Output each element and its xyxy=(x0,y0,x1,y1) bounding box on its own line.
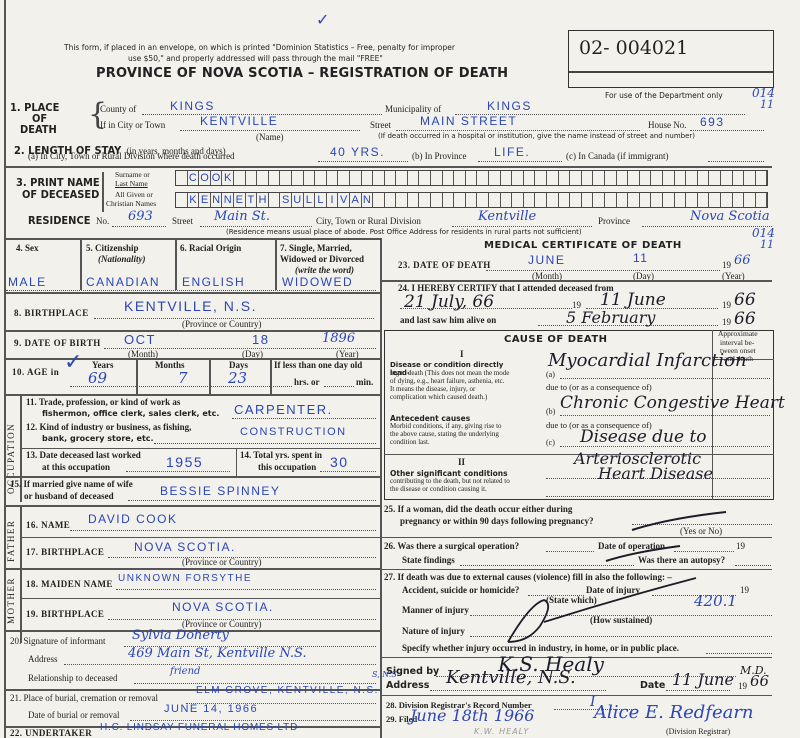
given-label-2: Christian Names xyxy=(106,199,156,208)
informant-address-line xyxy=(64,664,376,665)
cause-b-value[interactable]: Chronic Congestive Heart xyxy=(560,393,785,413)
char-box xyxy=(234,171,246,185)
char-box xyxy=(756,171,768,185)
cause-c-label: (c) xyxy=(546,438,555,447)
char-box xyxy=(675,171,687,185)
char-box xyxy=(176,171,188,185)
char-box xyxy=(698,171,710,185)
char-box xyxy=(721,171,733,185)
specify-line xyxy=(706,653,772,654)
findings-line xyxy=(460,565,634,566)
char-box xyxy=(362,171,374,185)
char-box xyxy=(176,193,188,207)
q26-year-prefix: 19 xyxy=(736,541,745,551)
informant-address-label: Address xyxy=(28,654,58,664)
sex-value[interactable]: MALE xyxy=(8,275,47,289)
char-box xyxy=(292,171,304,185)
char-box xyxy=(315,171,327,185)
char-box xyxy=(246,171,258,185)
manner-label: Manner of injury xyxy=(402,605,469,615)
char-box: L xyxy=(304,193,316,207)
divider xyxy=(4,476,380,478)
char-box xyxy=(477,171,489,185)
citizenship-label: 5. Citizenship xyxy=(86,243,139,253)
age-label: 10. AGE in xyxy=(12,367,59,377)
relationship-label: Relationship to deceased xyxy=(28,673,117,683)
age-line xyxy=(70,386,292,387)
birthplace-label: 8. BIRTHPLACE xyxy=(14,308,89,318)
house-no-line xyxy=(690,130,764,131)
char-box xyxy=(443,171,455,185)
char-box: I xyxy=(327,193,339,207)
burial-place-label: 21. Place of burial, cremation or remova… xyxy=(10,693,158,703)
dept-only-note: For use of the Department only xyxy=(605,91,723,100)
marital-label-2: Widowed or Divorced xyxy=(280,254,364,264)
divider xyxy=(4,292,380,294)
char-box xyxy=(269,193,281,207)
char-box xyxy=(512,171,524,185)
char-box xyxy=(512,193,524,207)
total-years-value[interactable]: 30 xyxy=(330,454,349,470)
divider xyxy=(175,238,177,290)
marital-label-3: (write the word) xyxy=(295,265,354,275)
sign-date[interactable]: 11 June xyxy=(672,670,734,689)
char-box xyxy=(605,171,617,185)
char-box xyxy=(257,171,269,185)
cause-a-label: (a) xyxy=(546,370,555,379)
char-box xyxy=(744,171,756,185)
mother-birthplace-label: 19. BIRTHPLACE xyxy=(26,609,104,619)
total-years-label-2: this occupation xyxy=(258,462,316,472)
antecedent-desc: Morbid conditions, if any, giving rise t… xyxy=(390,422,510,446)
father-birthplace-label: 17. BIRTHPLACE xyxy=(26,547,104,557)
char-box xyxy=(535,193,547,207)
hrs-label: hrs. or xyxy=(294,377,320,387)
father-name-value[interactable]: DAVID COOK xyxy=(88,512,177,526)
char-box xyxy=(280,171,292,185)
residence-city-label: City, Town or Rural Division xyxy=(316,216,421,226)
date-of-death-label: 23. DATE OF DEATH xyxy=(398,260,491,270)
char-box: A xyxy=(350,193,362,207)
char-box xyxy=(477,193,489,207)
cause-a-line xyxy=(560,378,770,379)
char-box xyxy=(396,171,408,185)
char-box xyxy=(385,171,397,185)
part-two-label: II xyxy=(458,457,465,467)
char-box: E xyxy=(234,193,246,207)
maiden-name-value[interactable]: UNKNOWN FORSYTHE xyxy=(118,573,252,584)
maiden-name-label: 18. MAIDEN NAME xyxy=(26,579,113,589)
char-box xyxy=(570,193,582,207)
dod-year-prefix: 19 xyxy=(722,260,731,270)
char-box: E xyxy=(199,193,211,207)
county-value[interactable]: KINGS xyxy=(170,99,215,113)
q27-year-prefix: 19 xyxy=(740,585,749,595)
char-box: H xyxy=(257,193,269,207)
last-worked-line xyxy=(126,471,230,472)
char-box xyxy=(628,171,640,185)
burial-date-value[interactable]: JUNE 14, 1966 xyxy=(164,703,258,715)
char-box: K xyxy=(222,171,234,185)
char-box xyxy=(547,193,559,207)
age-years[interactable]: 69 xyxy=(88,369,107,387)
racial-label: 6. Racial Origin xyxy=(180,243,241,253)
county-label: County of xyxy=(100,104,136,114)
column-divider xyxy=(380,238,382,738)
residence-street-value[interactable]: Main St. xyxy=(214,209,270,224)
char-box xyxy=(443,193,455,207)
signer-address-label: Address xyxy=(386,680,429,691)
registrar-signature[interactable]: Alice E. Redfearn xyxy=(594,702,754,723)
informant-signature[interactable]: Sylvia Doherty xyxy=(132,628,229,643)
divider xyxy=(236,448,237,476)
char-box xyxy=(570,171,582,185)
given-label-1: All Given or xyxy=(115,190,153,199)
municipality-value[interactable]: KINGS xyxy=(487,99,532,113)
marital-value[interactable]: WIDOWED xyxy=(282,275,353,289)
cause-b-label: (b) xyxy=(546,407,555,416)
divider xyxy=(4,238,380,240)
divider xyxy=(20,598,380,599)
maiden-name-line xyxy=(116,589,376,590)
char-box xyxy=(269,171,281,185)
informant-address[interactable]: 469 Main St, Kentville N.S. xyxy=(128,646,307,661)
divider xyxy=(380,537,772,538)
sign-year[interactable]: 66 xyxy=(750,672,769,690)
last-saw-label: and last saw him alive on xyxy=(400,315,496,325)
burial-place-value[interactable]: ELM GROVE, KENTVILLE, N.S. xyxy=(196,685,379,696)
stay-province-value[interactable]: LIFE. xyxy=(494,145,530,159)
last-saw-year[interactable]: 66 xyxy=(734,309,756,329)
char-box: N xyxy=(222,193,234,207)
registration-number-box: 02- 004021 xyxy=(568,30,774,88)
sign-date-line xyxy=(666,690,730,691)
divider xyxy=(4,568,380,570)
char-box xyxy=(501,171,513,185)
father-birthplace-value[interactable]: NOVA SCOTIA. xyxy=(134,540,236,554)
sign-year-prefix: 19 xyxy=(738,681,747,691)
residence-province-value[interactable]: Nova Scotia xyxy=(690,209,770,224)
age-months[interactable]: 7 xyxy=(178,369,188,387)
divider xyxy=(4,394,380,396)
char-box xyxy=(419,171,431,185)
signer-address[interactable]: Kentville, N.S. xyxy=(446,667,576,688)
less-day-label: If less than one day old xyxy=(274,360,362,370)
mother-side-label: MOTHER xyxy=(6,572,16,624)
attended-to[interactable]: 11 June xyxy=(600,290,666,310)
char-box xyxy=(686,193,698,207)
dotted-line xyxy=(6,290,376,291)
char-box: U xyxy=(292,193,304,207)
other-line-2 xyxy=(546,496,770,497)
registration-number: 02- 004021 xyxy=(579,37,688,59)
signer-address-line xyxy=(430,690,606,691)
father-name-label: 16. NAME xyxy=(26,520,70,530)
char-box xyxy=(350,171,362,185)
min-label: min. xyxy=(356,377,373,387)
residence-label: RESIDENCE xyxy=(28,214,90,227)
death-registration-form: ✓ This form, if placed in an envelope, o… xyxy=(0,0,800,738)
marital-label-1: 7. Single, Married, xyxy=(280,243,352,253)
citizenship-sub: (Nationality) xyxy=(98,254,146,264)
last-worked-label-2: at this occupation xyxy=(42,462,110,472)
filed-date[interactable]: June 18th 1966 xyxy=(410,706,534,725)
residence-note: (Residence means usual place of abode. P… xyxy=(226,228,582,236)
municipality-label: Municipality of xyxy=(385,104,441,114)
total-years-line xyxy=(320,471,376,472)
char-box xyxy=(628,193,640,207)
char-box xyxy=(327,171,339,185)
cause-a-value[interactable]: Myocardial Infarction xyxy=(548,350,747,371)
divider xyxy=(80,238,82,290)
char-box: S xyxy=(280,193,292,207)
last-worked-value[interactable]: 1955 xyxy=(166,454,203,470)
registrar-stamp: K.W. HEALY xyxy=(474,727,529,736)
dob-year[interactable]: 1896 xyxy=(322,331,355,346)
sign-date-label: Date xyxy=(640,680,665,691)
industry-label-2: bank, grocery store, etc. xyxy=(42,434,154,443)
divider xyxy=(20,505,22,643)
residence-city-line xyxy=(452,226,592,227)
char-box xyxy=(431,171,443,185)
char-box xyxy=(547,171,559,185)
date-of-death-month[interactable]: JUNE xyxy=(528,253,565,267)
cause-c-value[interactable]: Disease due to xyxy=(580,427,707,447)
char-box xyxy=(756,193,768,207)
q26-label: 26. Was there a surgical operation? xyxy=(384,541,519,551)
char-box xyxy=(466,193,478,207)
divider xyxy=(380,695,772,696)
char-box xyxy=(454,193,466,207)
divider xyxy=(102,172,104,212)
char-box: L xyxy=(315,193,327,207)
hrs-line xyxy=(324,386,354,387)
form-title: PROVINCE OF NOVA SCOTIA – REGISTRATION O… xyxy=(96,66,508,81)
char-box xyxy=(582,171,594,185)
char-box xyxy=(698,193,710,207)
stay-city-label: (a) In City, Town or Rural Division wher… xyxy=(28,151,235,161)
mother-birthplace-value[interactable]: NOVA SCOTIA. xyxy=(172,600,274,614)
last-saw-value[interactable]: 5 February xyxy=(566,308,655,327)
trade-line xyxy=(232,418,376,419)
divider xyxy=(4,505,380,507)
char-box xyxy=(489,193,501,207)
char-box xyxy=(582,193,594,207)
divider xyxy=(20,448,380,449)
stay-canada-label: (c) In Canada (if immigrant) xyxy=(566,151,668,161)
surname-input[interactable]: COOK xyxy=(175,170,768,186)
racial-value[interactable]: ENGLISH xyxy=(182,275,245,289)
total-years-label-1: 14. Total yrs. spent in xyxy=(240,450,322,460)
divider xyxy=(4,166,772,168)
char-box xyxy=(454,171,466,185)
divider xyxy=(380,569,772,570)
birthplace-note: (Province or Country) xyxy=(182,319,261,329)
char-box xyxy=(489,171,501,185)
divider xyxy=(275,238,277,290)
house-no-label: House No. xyxy=(648,120,687,130)
char-box xyxy=(744,193,756,207)
burial-date-line xyxy=(130,720,376,721)
divider xyxy=(270,358,272,394)
char-box xyxy=(396,193,408,207)
checkmark-icon: ✓ xyxy=(64,350,82,375)
other-conditions-desc: contributing to the death, but not relat… xyxy=(390,477,510,493)
hospital-note: (If death occurred in a hospital or inst… xyxy=(378,132,695,140)
char-box xyxy=(733,171,745,185)
char-box xyxy=(663,171,675,185)
other-condition-2[interactable]: Heart Disease xyxy=(598,464,713,483)
dob-day[interactable]: 18 xyxy=(252,332,269,347)
stay-province-label: (b) In Province xyxy=(412,151,466,161)
char-box xyxy=(733,193,745,207)
spouse-line xyxy=(128,500,376,501)
surname-label-1: Surname or xyxy=(115,170,150,179)
char-box xyxy=(640,171,652,185)
last-worked-label-1: 13. Date deceased last worked xyxy=(26,450,141,460)
birthplace-value[interactable]: KENTVILLE, N.S. xyxy=(124,298,257,314)
residence-street-line xyxy=(200,226,312,227)
margin-mark: S, N.S xyxy=(372,670,397,679)
date-of-death-year[interactable]: 66 xyxy=(734,253,751,268)
char-box xyxy=(431,193,443,207)
given-names-input[interactable]: KENNETHSULLIVAN xyxy=(175,192,768,208)
char-box xyxy=(686,171,698,185)
spouse-label-2: or husband of deceased xyxy=(24,491,114,501)
char-box xyxy=(466,171,478,185)
box-divider xyxy=(569,71,773,73)
stay-canada-line xyxy=(708,161,764,162)
stay-city-line xyxy=(318,161,408,162)
name-note: (Name) xyxy=(256,132,283,142)
cause-of-death-title: CAUSE OF DEATH xyxy=(504,334,608,345)
trade-value[interactable]: CARPENTER. xyxy=(234,402,333,417)
char-box xyxy=(373,171,385,185)
father-birthplace-note: (Province or Country) xyxy=(182,557,261,567)
direct-cause-desc: ing to death (This does not mean the mod… xyxy=(390,369,510,401)
residence-province-label: Province xyxy=(598,216,630,226)
char-box xyxy=(373,193,385,207)
char-box xyxy=(524,193,536,207)
trade-label-1: 11. Trade, profession, or kind of work a… xyxy=(26,397,180,407)
q26-line xyxy=(546,551,594,552)
residence-no-line xyxy=(112,226,166,227)
interval-label-1: Approximate xyxy=(718,330,758,338)
char-box xyxy=(651,193,663,207)
char-box xyxy=(651,171,663,185)
informant-signature-label: 20. Signature of informant xyxy=(10,636,105,646)
dob-month[interactable]: OCT xyxy=(124,332,156,347)
registrar-note: (Division Registrar) xyxy=(666,727,730,736)
street-label: Street xyxy=(370,120,391,130)
spouse-label-1: 15. If married give name of wife xyxy=(10,479,133,489)
char-box xyxy=(640,193,652,207)
postal-notice-line2: use $50," and properly addressed will pa… xyxy=(128,54,383,63)
q25-label-2: pregnancy or within 90 days following pr… xyxy=(400,516,594,526)
char-box xyxy=(559,193,571,207)
industry-value[interactable]: CONSTRUCTION xyxy=(240,426,347,438)
of-deceased-label: OF DECEASED xyxy=(22,188,99,201)
char-box xyxy=(408,171,420,185)
char-box: C xyxy=(188,171,200,185)
residence-no-value[interactable]: 693 xyxy=(128,209,153,224)
strike-line-icon xyxy=(604,544,684,564)
due-to-1: due to (or as a consequence of) xyxy=(546,382,652,392)
undertaker-label: 22. UNDERTAKER xyxy=(10,728,92,738)
attended-year-prefix: 19 xyxy=(722,300,731,310)
autopsy-line xyxy=(735,565,771,566)
char-box xyxy=(709,171,721,185)
char-box xyxy=(663,193,675,207)
city-line xyxy=(180,130,360,131)
age-days[interactable]: 23 xyxy=(228,369,247,387)
city-value[interactable]: KENTVILLE xyxy=(200,114,278,128)
citizenship-value[interactable]: CANADIAN xyxy=(86,275,160,289)
house-no-value[interactable]: 693 xyxy=(700,115,725,129)
cause-code: 420.1 xyxy=(694,592,737,610)
residence-street-label: Street xyxy=(172,216,193,226)
strike-line-icon xyxy=(630,510,730,532)
findings-label: State findings xyxy=(402,555,455,565)
checkmark-icon: ✓ xyxy=(316,10,329,29)
stay-city-value[interactable]: 40 YRS. xyxy=(330,145,385,159)
place-of-death-label-death: DEATH xyxy=(20,123,57,136)
residence-no-label: No. xyxy=(96,216,109,226)
char-box xyxy=(593,171,605,185)
burial-date-label: Date of burial or removal xyxy=(28,710,119,720)
char-box: O xyxy=(199,171,211,185)
char-box xyxy=(617,171,629,185)
char-box xyxy=(675,193,687,207)
undertaker-name[interactable]: H.C. LINDSAY FUNERAL HOMES LTD xyxy=(100,722,298,733)
char-box xyxy=(304,171,316,185)
date-of-death-line xyxy=(486,270,720,271)
attended-from-line xyxy=(400,308,572,309)
attended-from[interactable]: 21 July, 66 xyxy=(404,292,494,312)
father-name-line xyxy=(70,530,376,531)
q25-label-1: 25. If a woman, did the death occur eith… xyxy=(384,504,572,514)
margin-code-2b: 11 xyxy=(760,238,774,251)
father-side-label: FATHER xyxy=(6,514,16,562)
cause-b-line xyxy=(560,415,770,416)
relationship-line xyxy=(134,683,376,684)
stay-province-line xyxy=(478,161,562,162)
dob-label: 9. DATE OF BIRTH xyxy=(14,338,101,348)
char-box: K xyxy=(188,193,200,207)
attended-year[interactable]: 66 xyxy=(734,290,756,310)
char-box xyxy=(605,193,617,207)
residence-city-value[interactable]: Kentville xyxy=(478,209,536,224)
date-of-death-day[interactable]: 11 xyxy=(633,251,648,265)
trade-label-2: fishermon, office clerk, sales clerk, et… xyxy=(42,409,219,418)
char-box xyxy=(721,193,733,207)
char-box xyxy=(338,171,350,185)
margin-code-1b: 11 xyxy=(760,98,774,111)
spouse-value[interactable]: BESSIE SPINNEY xyxy=(160,484,280,498)
char-box xyxy=(524,171,536,185)
last-saw-year-prefix: 19 xyxy=(722,317,731,327)
divider xyxy=(209,358,211,394)
relationship-value[interactable]: friend xyxy=(170,666,200,677)
char-box: N xyxy=(362,193,374,207)
street-value[interactable]: MAIN STREET xyxy=(420,114,517,128)
postal-notice-line1: This form, if placed in an envelope, on … xyxy=(64,43,455,52)
char-box: T xyxy=(246,193,258,207)
strike-line-icon xyxy=(500,576,700,646)
industry-line xyxy=(154,443,376,444)
char-box xyxy=(385,193,397,207)
part-one-label: I xyxy=(460,349,464,359)
